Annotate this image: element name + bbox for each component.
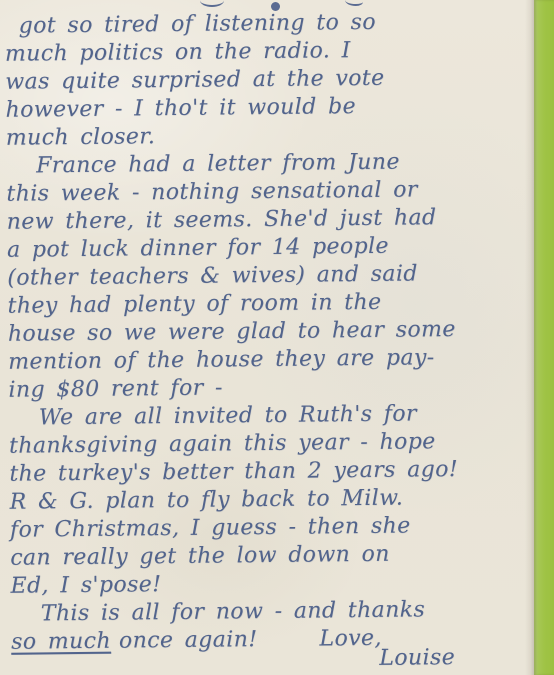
letter-line: house so we were glad to hear some xyxy=(8,315,528,348)
cutoff-ink-mark xyxy=(345,0,363,6)
letter-scan-page: got so tired of listening to so much pol… xyxy=(0,0,554,675)
book-edge-strip xyxy=(534,0,554,675)
letter-body: got so tired of listening to so much pol… xyxy=(5,7,532,675)
closing-rest-text: once again! xyxy=(119,627,258,653)
cutoff-ink-mark xyxy=(200,0,224,7)
letter-line: the turkey's better than 2 years ago! xyxy=(9,455,529,488)
closing-underlined-text: so much xyxy=(11,629,111,655)
valediction: Love, xyxy=(319,626,382,652)
